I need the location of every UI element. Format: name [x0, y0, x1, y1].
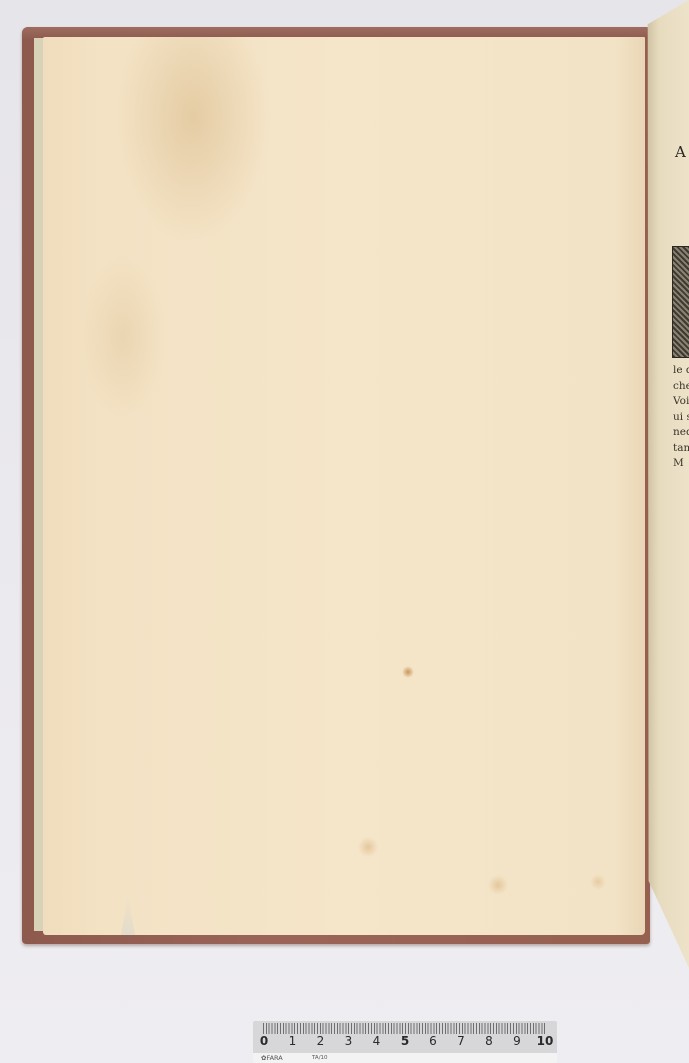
- ruler-label: 3: [345, 1034, 353, 1048]
- blank-left-page: [43, 37, 645, 935]
- text-line: le quel: [673, 363, 689, 379]
- ruler-label: 10: [537, 1034, 554, 1048]
- measurement-ruler: 0 1 2 3 4 5 6 7 8 9 10 ✿FARA TA/10: [253, 1021, 557, 1063]
- ruler-label: 1: [289, 1034, 297, 1048]
- text-line: che no: [673, 379, 689, 395]
- text-line: Voic: [673, 394, 689, 410]
- text-line: nedi: [673, 425, 689, 441]
- right-page-heading: A L: [675, 143, 689, 161]
- ruler-brand: ✿FARA: [261, 1054, 283, 1062]
- ruler-label: 5: [401, 1034, 409, 1048]
- ruler-label: 2: [317, 1034, 325, 1048]
- ruler-label: 9: [513, 1034, 521, 1048]
- text-line: tame: [673, 441, 689, 457]
- woodcut-illustration: [672, 246, 689, 358]
- ruler-label: 0: [260, 1034, 268, 1048]
- ruler-code: TA/10: [312, 1055, 328, 1061]
- right-page-text: le quel che no Voic ui sid nedi tame M: [673, 363, 689, 472]
- ruler-numbers: 0 1 2 3 4 5 6 7 8 9 10: [256, 1034, 556, 1050]
- ruler-scale: 0 1 2 3 4 5 6 7 8 9 10: [253, 1021, 557, 1053]
- ruler-ticks: [263, 1023, 547, 1034]
- ruler-label: 4: [373, 1034, 381, 1048]
- ruler-label: 8: [485, 1034, 493, 1048]
- text-line: M: [673, 456, 689, 472]
- ruler-label: 7: [457, 1034, 465, 1048]
- text-line: ui sid: [673, 410, 689, 426]
- ruler-label: 6: [429, 1034, 437, 1048]
